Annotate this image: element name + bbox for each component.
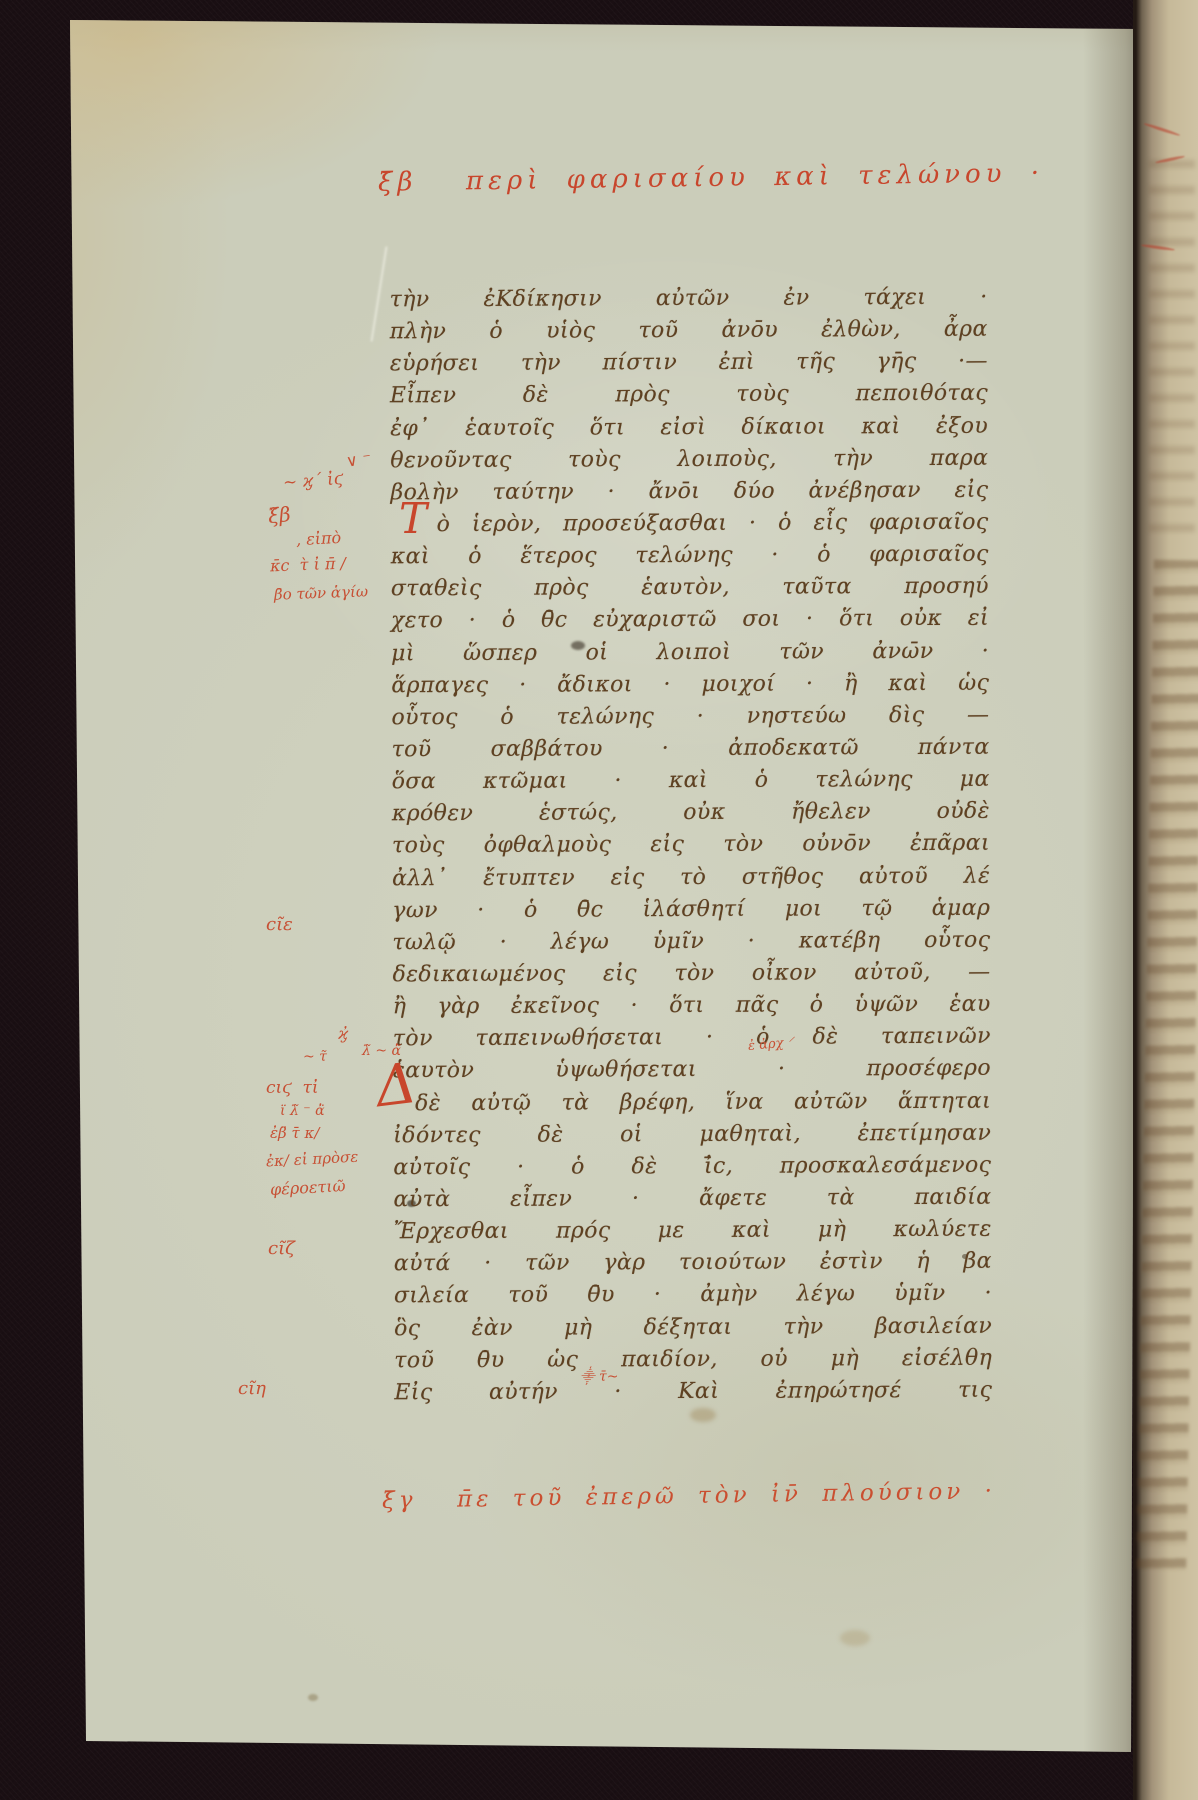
text-line: ἅρπαγες · ἄδικοι · μοιχοί · ἢ καὶ ὡς: [391, 670, 989, 705]
text-line: Ἔρχεσθαι πρός με καὶ μὴ κωλύετε: [394, 1217, 992, 1252]
margin-note: ϲιϛ τἰ: [266, 1080, 319, 1097]
text-line: τὴν ἐΚδίκησιν αὐτῶν ἐν τάχει ·: [390, 285, 988, 320]
text-line: γων · ὁ θ̄ϲ ἱλάσθητί μοι τῷ ἁμαρ: [392, 895, 990, 930]
text-line: πλὴν ὁ υἱὸς τοῦ ἀνο̄υ ἐλθὼν, ἆρα: [390, 317, 988, 352]
text-line: ἑαυτὸν ὑψωθήσεται · προσέφερο: [393, 1056, 991, 1091]
red-edge-mark: [1143, 122, 1180, 137]
chapter-rubric-bottom: ξ̄γ π̄ε τοῦ ἐπερῶ τὸν ἰν̄ πλούσιον ·: [382, 1478, 996, 1514]
margin-note: ~ τ̃: [303, 1050, 327, 1064]
text-line: τοῦ θ̄υ ὡς παιδίον, οὐ μὴ εἰσέλθη: [394, 1345, 992, 1380]
red-initial-delta: Δ: [373, 1056, 420, 1117]
text-line: ὸ ἱερὸν, προσεύξασθαι · ὁ εἷς φαρισαῖος: [391, 510, 989, 545]
stain-speck: [840, 1630, 870, 1646]
parchment-crease: [371, 246, 388, 341]
text-line: ὃς ἐὰν μὴ δέξηται τὴν βασιλείαν: [394, 1313, 992, 1348]
text-line: τὸν ταπεινωθήσεται · ὁ δὲ ταπεινῶν: [393, 1024, 991, 1059]
text-line: τωλῷ · λέγω ὑμῖν · κατέβη οὗτος: [392, 928, 990, 963]
text-line: Εἶπεν δὲ πρὸς τοὺς πεποιθότας: [390, 381, 988, 416]
text-line: οὗτος ὁ τελώνης · νηστεύω δὶς —: [391, 703, 989, 738]
text-line: εὑρήσει τὴν πίστιν ἐπὶ τῆς γη̄ς ·—: [390, 349, 988, 384]
margin-note: κ̄ϲ τ̀ ἰ π̄ /: [270, 556, 346, 575]
text-line: δεδικαιωμένος εἰς τὸν οἶκον αὐτοῦ, —: [392, 960, 990, 995]
text-line: τοὺς ὀφθαλμοὺς εἰς τὸν οὐνο̄ν ἐπᾶραι: [392, 831, 990, 866]
text-line: βολὴν ταύτην · ἄνο̄ι δύο ἀνέβησαν εἰς: [390, 478, 988, 513]
margin-note: ϲῖζ: [268, 1240, 295, 1258]
margin-note: , εἰπὸ: [296, 530, 342, 548]
text-line: Εἰς αὐτήν · Καὶ ἐπηρώτησέ τις: [394, 1377, 992, 1412]
text-line: αὐτά · τῶν γὰρ τοιούτων ἐστὶν ἡ βα: [394, 1249, 992, 1284]
margin-note: β̄ο τῶν ἁγίω: [274, 584, 369, 602]
manuscript-page: ξ̄β περὶ φαρισαίου καὶ τελώνου · τὴν ἐΚδ…: [0, 0, 1198, 1800]
text-line: χετο · ὁ θ̄ϲ εὐχαριστῶ σοι · ὅτι οὐκ εἰ: [391, 606, 989, 641]
margin-note: ϲῖη: [238, 1380, 266, 1398]
text-line: δὲ αὐτῷ τὰ βρέφη, ἵνα αὐτῶν ἅπτηται: [393, 1088, 991, 1123]
text-line: ἀλλ᾽ ἔτυπτεν εἰς τὸ στῆθος αὐτοῦ λέ: [392, 863, 990, 898]
gospel-text-column: τὴν ἐΚδίκησιν αὐτῶν ἐν τάχει ·πλὴν ὁ υἱὸ…: [390, 285, 993, 1413]
photo-backdrop: ξ̄β περὶ φαρισαίου καὶ τελώνου · τὴν ἐΚδ…: [0, 0, 1198, 1800]
margin-note: ~ ϗ´ ἰϛ: [282, 471, 343, 492]
text-line: τοῦ σαββάτου · ἀποδεκατῶ πάντα: [392, 735, 990, 770]
text-line: ἐφ᾽ ἑαυτοῖς ὅτι εἰσὶ δίκαιοι καὶ ἐξου: [390, 413, 988, 448]
margin-note: ϗ̓: [338, 1026, 348, 1042]
margin-note: ϊ λ̃ ⁻ ἀ̈: [280, 1104, 325, 1118]
text-line: σιλεία τοῦ θ̄υ · ἀμὴν λέγω ὑμῖν ·: [394, 1281, 992, 1316]
facing-page-edge: [1133, 0, 1198, 1800]
text-line: ἢ γὰρ ἐκεῖνος · ὅτι πᾶς ὁ ὑψῶν ἑαυ: [393, 992, 991, 1027]
stain-speck: [308, 1694, 318, 1701]
margin-note: ⸎ τ̄~: [580, 1370, 619, 1384]
margin-note: ∨ ⁻: [345, 450, 372, 469]
text-line: θενοῦντας τοὺς λοιποὺς, τὴν παρα: [390, 445, 988, 480]
text-line: αὐτὰ εἶπεν · ἄφετε τὰ παιδία: [393, 1185, 991, 1220]
bleedthrough-text: [1149, 160, 1195, 540]
margin-note: ϲῖε: [266, 916, 293, 934]
text-line: κρόθεν ἑστώς, οὐκ ἤθελεν οὐδὲ: [392, 799, 990, 834]
margin-note: λ̃ ~ ἀ̃: [362, 1044, 401, 1058]
text-line: ὅσα κτῶμαι · καὶ ὁ τελώνης μα: [392, 767, 990, 802]
text-line: ἰδόντες δὲ οἱ μαθηταὶ, ἐπετίμησαν: [393, 1120, 991, 1155]
margin-note: ἐ ἀρχ ⸍: [748, 1036, 795, 1053]
text-line: αὐτοῖς · ὁ δὲ ἰ̄ϲ, προσκαλεσάμενος: [393, 1152, 991, 1187]
margin-note: ξ̃β: [267, 504, 292, 526]
margin-note: ἐκ/ εἰ πρὸσε: [266, 1150, 359, 1170]
margin-note: ἐβ̈ τ̄ κ/: [270, 1126, 319, 1141]
text-line: καὶ ὁ ἕτερος τελώνης · ὁ φαρισαῖος: [391, 542, 989, 577]
red-initial-tau: Τ: [399, 498, 427, 540]
bleedthrough-text: [1136, 560, 1198, 1571]
text-line: σταθεὶς πρὸς ἑαυτὸν, ταῦτα προσηύ: [391, 574, 989, 609]
margin-note: φέροετιῶ: [270, 1178, 346, 1198]
chapter-rubric-top: ξ̄β περὶ φαρισαίου καὶ τελώνου ·: [378, 158, 1044, 197]
text-line: μὶ ὥσπερ οἱ λοιποὶ τῶν ἀνω̄ν ·: [391, 638, 989, 673]
